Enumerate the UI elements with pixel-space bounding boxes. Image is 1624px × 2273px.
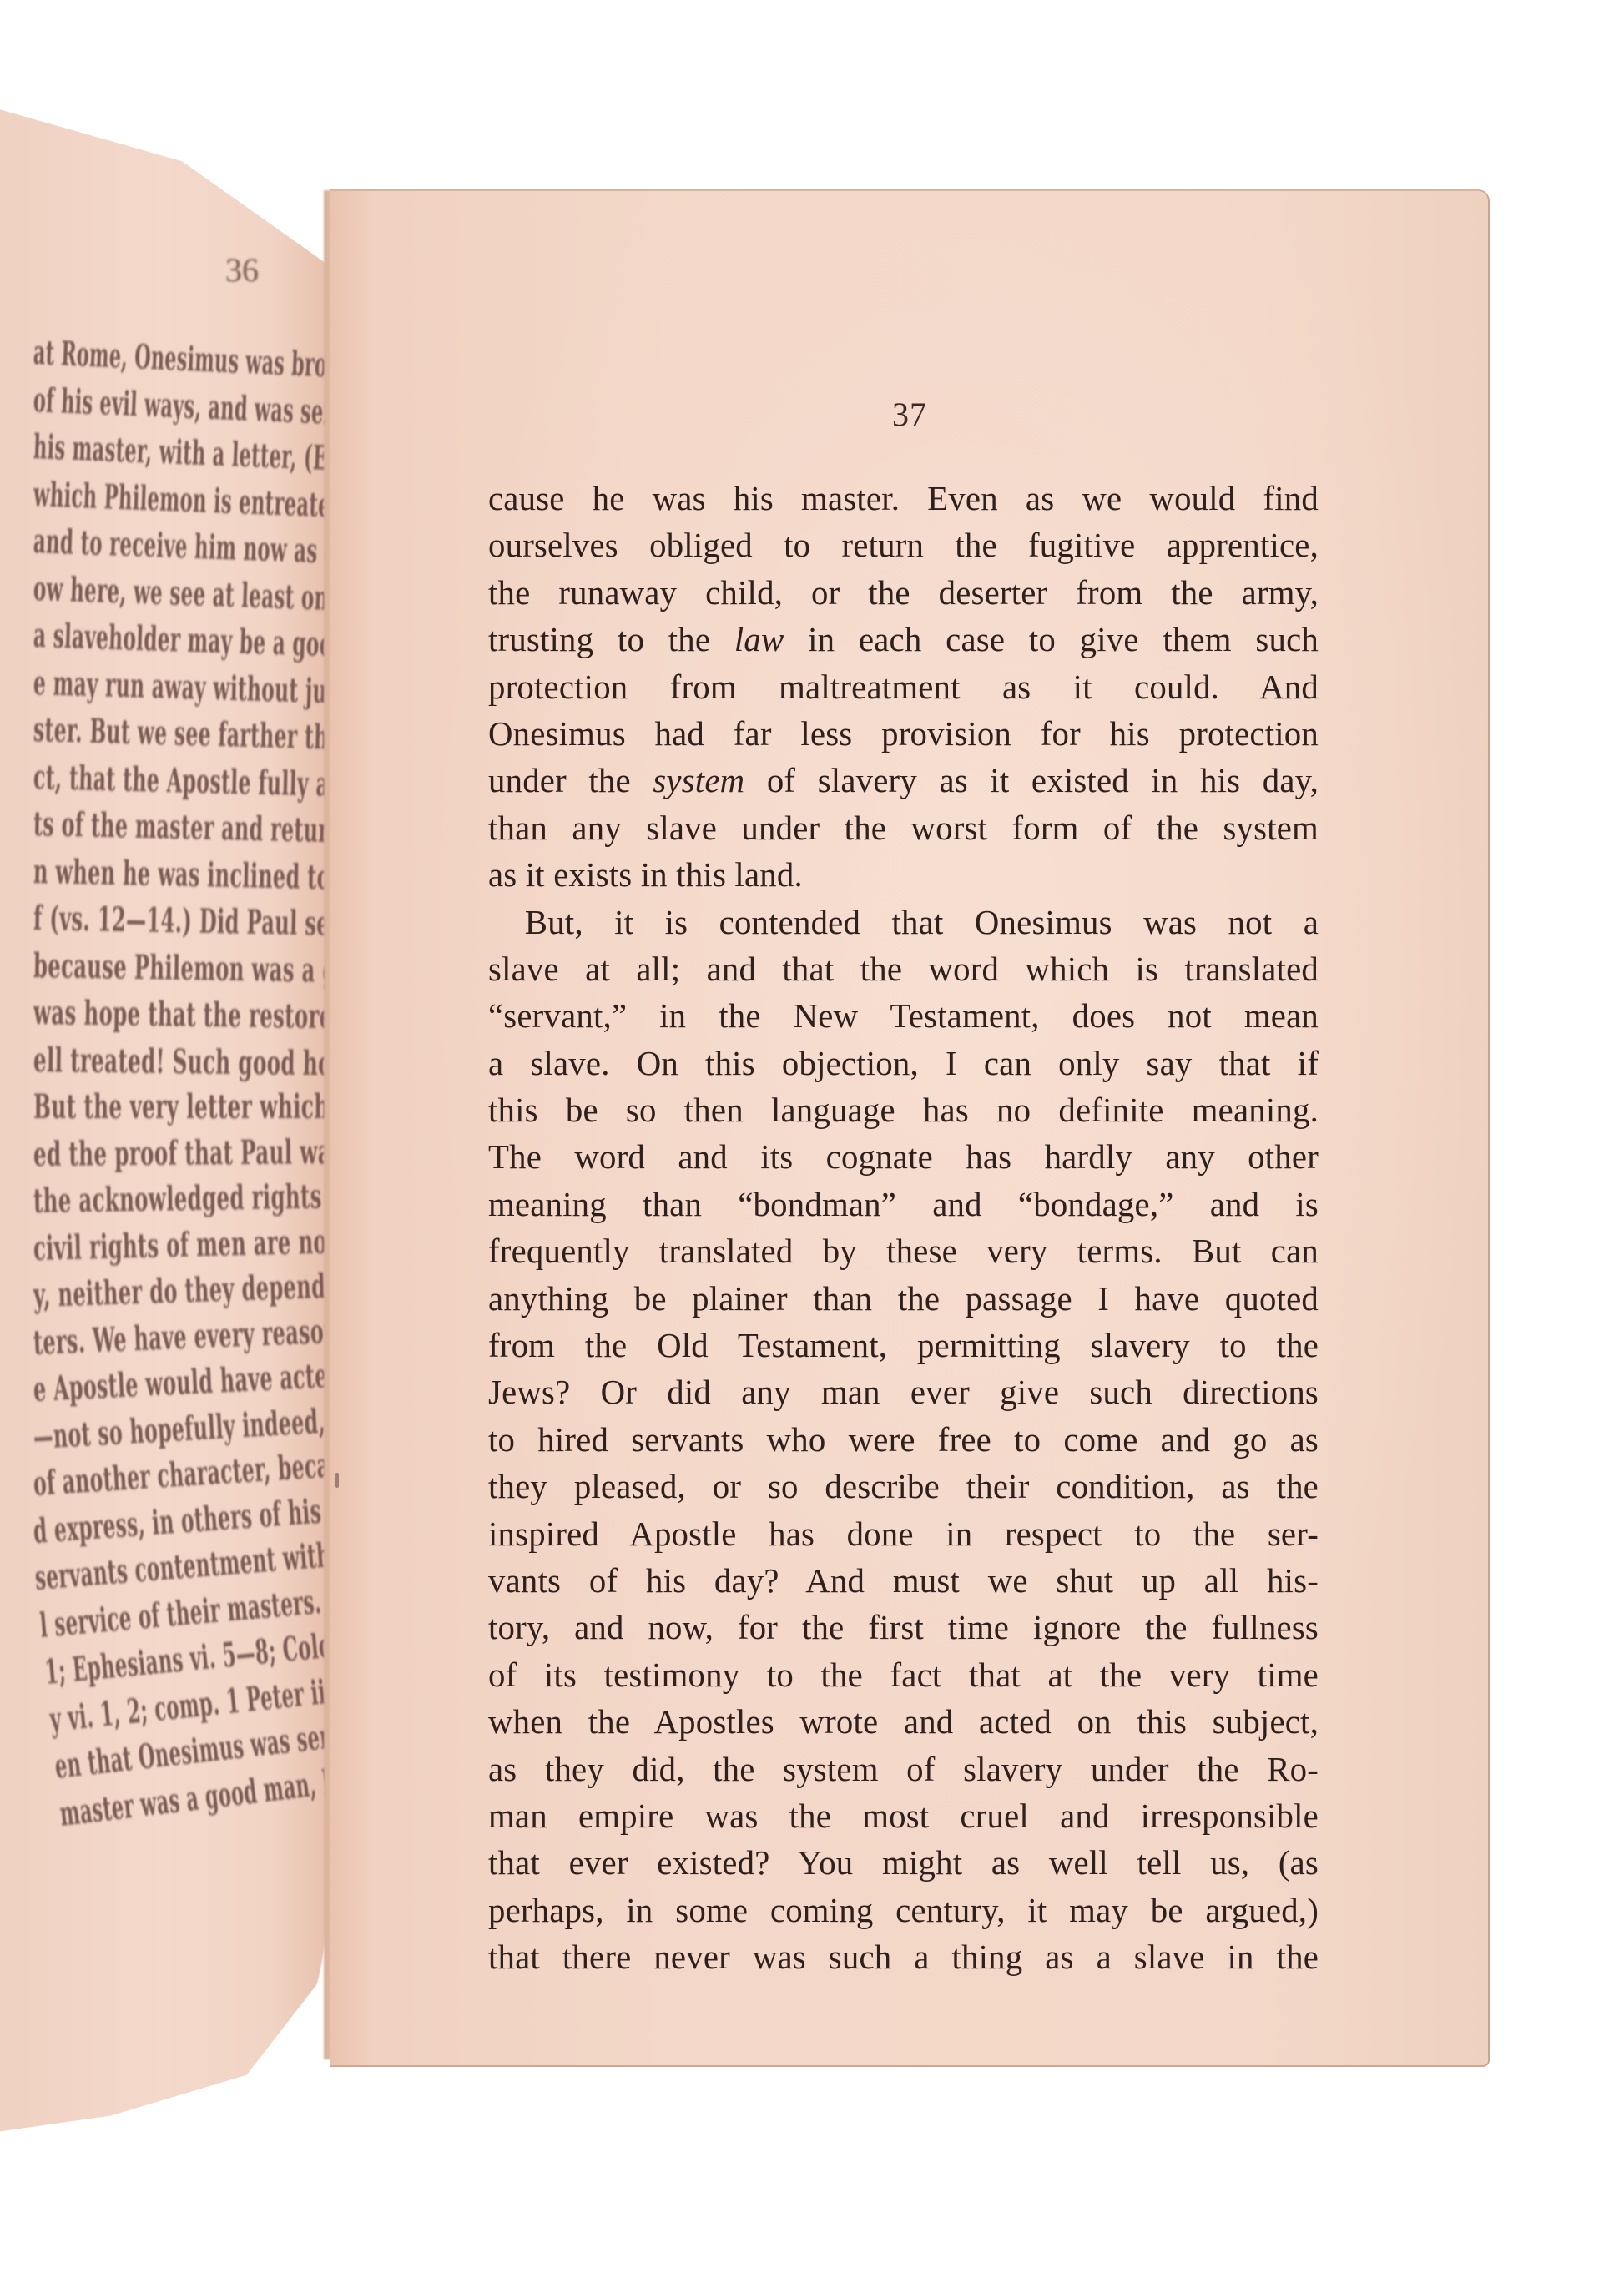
- page-number: 37: [497, 390, 1323, 440]
- text-run: in each case to give them such: [784, 620, 1319, 658]
- text-line: to hired servants who were free to come …: [488, 1416, 1319, 1463]
- text-run: under the: [488, 761, 653, 799]
- left-text-line: which Philemon is entreated to re: [33, 471, 209, 525]
- left-text-line: the acknowledged rights of his: [33, 1175, 223, 1225]
- text-line: “servant,” in the New Testament, does no…: [488, 992, 1319, 1039]
- left-text-line: ed the proof that Paul was prop: [33, 1130, 224, 1178]
- text-run: of slavery as it existed in his day,: [744, 761, 1319, 799]
- left-text-line: f (vs. 12—14.) Did Paul send: [33, 895, 219, 946]
- text-line: that ever existed? You might as well tel…: [488, 1839, 1319, 1886]
- left-text-line: his master, with a letter, (Epistle to: [33, 424, 209, 478]
- left-text-line: y, neither do they depend upon th: [33, 1267, 220, 1319]
- text-line: But, it is contended that Onesimus was n…: [488, 899, 1319, 945]
- left-text-line: at Rome, Onesimus was brought to: [33, 330, 206, 384]
- left-text-line: e may run away without just cause: [33, 660, 214, 713]
- left-text-line: n when he was inclined to retain: [33, 849, 219, 900]
- text-line: Onesimus had far less provision for his …: [488, 710, 1319, 757]
- text-line: slave at all; and that the word which is…: [488, 945, 1319, 992]
- text-line: perhaps, in some coming century, it may …: [488, 1887, 1319, 1933]
- left-text-line: of his evil ways, and was sent back: [33, 377, 207, 431]
- text-line: this be so then language has no definite…: [488, 1086, 1319, 1133]
- text-line: anything be plainer than the passage I h…: [488, 1275, 1319, 1322]
- text-line: a slave. On this objection, I can only s…: [488, 1040, 1319, 1086]
- left-text-line: ts of the master and returns to hi: [33, 801, 218, 852]
- text-line: from the Old Testament, permitting slave…: [488, 1322, 1319, 1368]
- left-text-line: because Philemon was a good ma: [33, 943, 222, 993]
- text-line: when the Apostles wrote and acted on thi…: [488, 1698, 1319, 1745]
- text-line: cause he was his master. Even as we woul…: [488, 475, 1319, 522]
- text-line: that there never was such a thing as a s…: [488, 1933, 1319, 1980]
- left-page-number: 36: [225, 250, 259, 290]
- text-line: the runaway child, or the deserter from …: [488, 569, 1319, 616]
- left-text-line: was hope that the restored fug: [33, 990, 223, 1040]
- text-line: as it exists in this land.: [488, 851, 1319, 898]
- text-run: trusting to the: [488, 620, 734, 658]
- text-line: tory, and now, for the first time ignore…: [488, 1604, 1319, 1651]
- italic-emphasis: system: [653, 761, 744, 799]
- left-text-line: and to receive him now as a brother: [33, 518, 211, 572]
- text-line: The word and its cognate has hardly any …: [488, 1133, 1319, 1180]
- left-text-line: But the very letter which the ser: [33, 1084, 224, 1131]
- left-text-line: civil rights of men are not alway: [33, 1221, 221, 1273]
- text-line: protection from maltreatment as it could…: [488, 663, 1319, 710]
- text-line: Jews? Or did any man ever give such dire…: [488, 1368, 1319, 1415]
- text-line: they pleased, or so describe their condi…: [488, 1463, 1319, 1509]
- text-line: under the system of slavery as it existe…: [488, 757, 1319, 804]
- text-line: meaning than “bondman” and “bondage,” an…: [488, 1181, 1319, 1227]
- left-text-line: a slaveholder may be a good man: [33, 612, 213, 665]
- italic-emphasis: law: [734, 620, 784, 658]
- text-line: as they did, the system of slavery under…: [488, 1746, 1319, 1792]
- right-page: 37 cause he was his master. Even as we w…: [330, 189, 1490, 2067]
- text-line: ourselves obliged to return the fugitive…: [488, 522, 1319, 568]
- text-line: than any slave under the worst form of t…: [488, 804, 1319, 851]
- page-body-text: cause he was his master. Even as we woul…: [488, 475, 1323, 1981]
- left-text-line: ster. But we see farther the m: [33, 707, 215, 759]
- left-text-line: ct, that the Apostle fully acknowle: [33, 754, 216, 806]
- text-line: trusting to the law in each case to give…: [488, 616, 1319, 663]
- text-line: of its testimony to the fact that at the…: [488, 1651, 1319, 1698]
- text-line: vants of his day? And must we shut up al…: [488, 1557, 1319, 1604]
- text-line: frequently translated by these very term…: [488, 1227, 1319, 1274]
- left-text-line: ell treated! Such good hope he: [33, 1037, 224, 1086]
- text-line: inspired Apostle has done in respect to …: [488, 1510, 1319, 1557]
- text-line: man empire was the most cruel and irresp…: [488, 1792, 1319, 1839]
- left-text-line: ow here, we see at least one insta: [33, 566, 212, 619]
- paper-nick-mark: [335, 1473, 339, 1488]
- right-page-content: 37 cause he was his master. Even as we w…: [488, 390, 1323, 1981]
- left-page-text: at Rome, Onesimus was brought toof his e…: [33, 330, 342, 1838]
